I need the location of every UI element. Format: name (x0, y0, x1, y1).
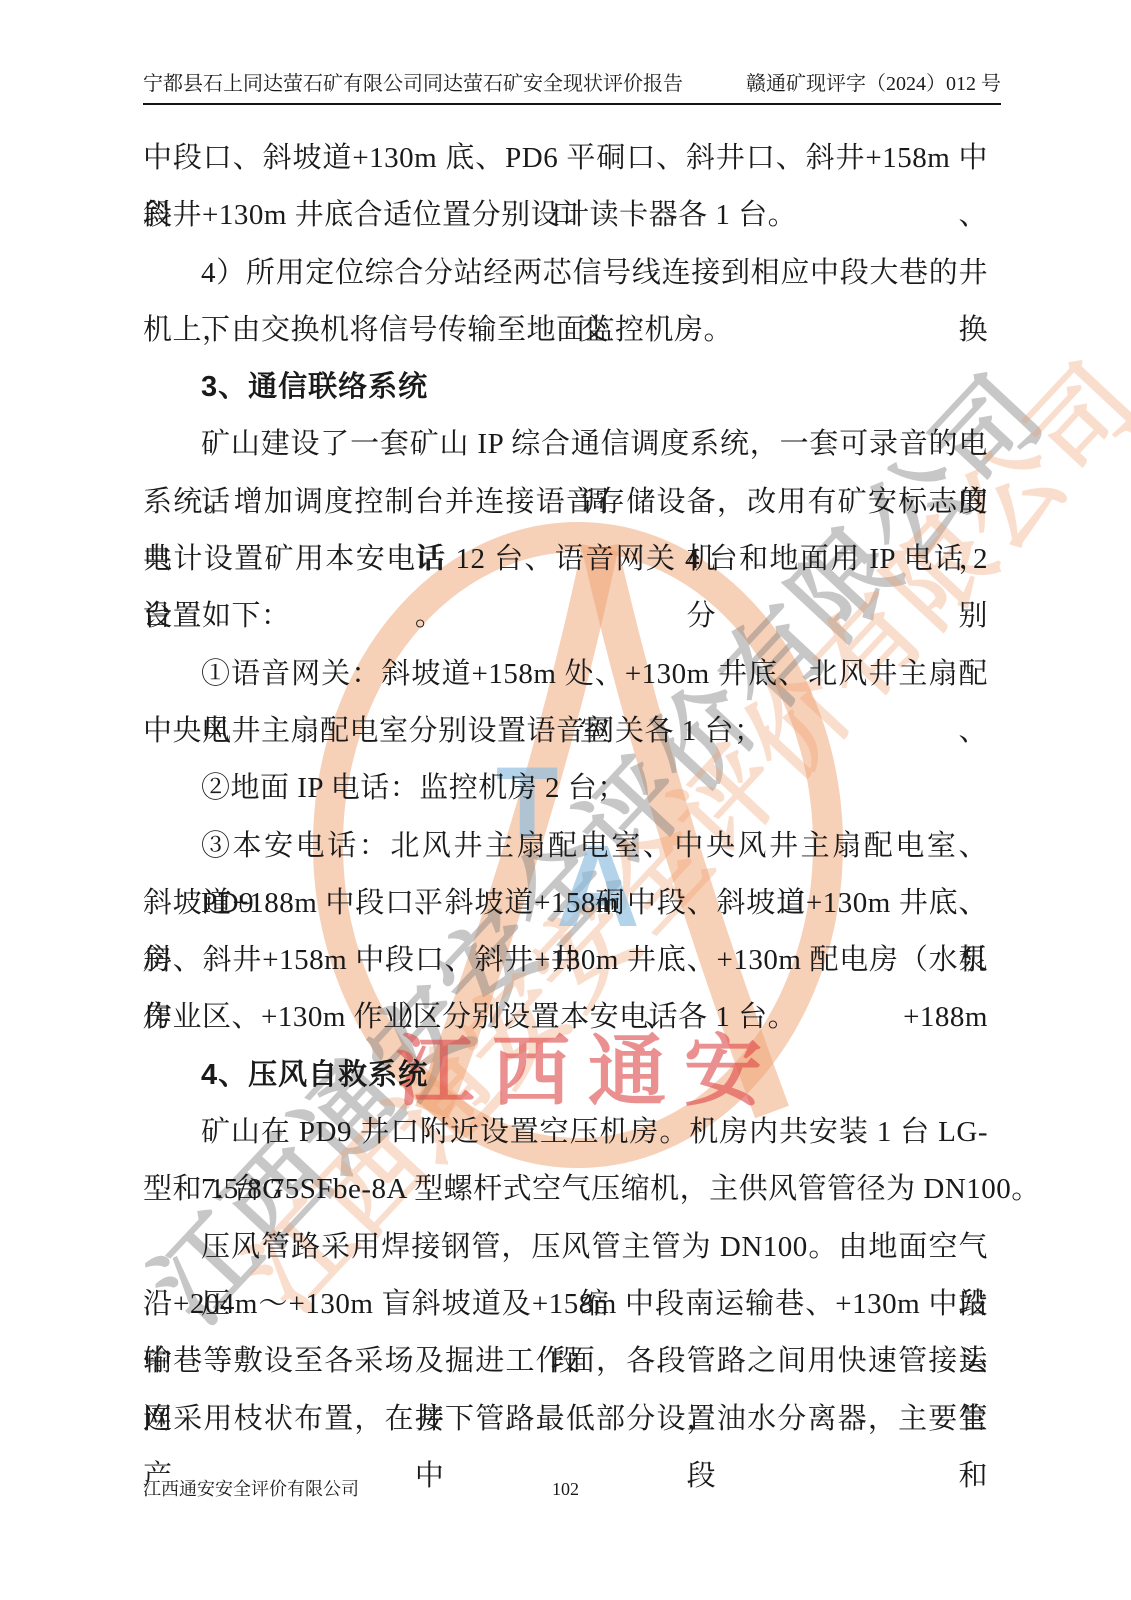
content-layer: 宁都县石上同达萤石矿有限公司同达萤石矿安全现状评价报告 赣通矿现评字（2024）… (0, 0, 1131, 1600)
body-text: 中段口、斜坡道+130m 底、PD6 平硐口、斜井口、斜井+158m 中段口、 … (143, 130, 988, 1448)
section-heading-communication: 3、通信联络系统 (143, 359, 988, 416)
body-line: 斜坡道+188m 中段口、斜坡道+158m 中段、斜坡道+130m 井底、斜井机 (143, 875, 988, 932)
body-line: 沿+204m～+130m 盲斜坡道及+158m 中段南运输巷、+130m 中段中… (143, 1276, 988, 1333)
header-document-number: 赣通矿现评字（2024）012 号 (746, 72, 1001, 96)
section-heading-compressed-air: 4、压风自救系统 (143, 1047, 988, 1104)
body-line: 共计设置矿用本安电话 12 台、语音网关 4 台和地面用 IP 电话 2 台。分… (143, 531, 988, 588)
document-page: 江西通安安全评价有限公司 江西通安安全评价有限公司 T A 江西通安 宁都县石上… (0, 0, 1131, 1600)
footer-company-name: 江西通安安全评价有限公司 (143, 1478, 359, 1501)
body-line: 系统。增加调度控制台并连接语音存储设备，改用有矿安标志的电话机， (143, 474, 988, 531)
body-line: ②地面 IP 电话：监控机房 2 台； (143, 760, 988, 817)
body-line: 中段口、斜坡道+130m 底、PD6 平硐口、斜井口、斜井+158m 中段口、 (143, 130, 988, 187)
body-line: 型和 1 台 75SFbe-8A 型螺杆式空气压缩机，主供风管管径为 DN100… (143, 1161, 988, 1218)
body-line: 输巷等敷设至各采场及掘进工作面，各段管路之间用快速管接头连接，管 (143, 1333, 988, 1390)
body-line: 房、斜井+158m 中段口、斜井+130m 井底、+130m 配电房（水泵房）、… (143, 932, 988, 989)
body-line: 矿山在 PD9 井口附近设置空压机房。机房内共安装 1 台 LG-7.5/8G (143, 1104, 988, 1161)
body-line: 网采用枝状布置，在井下管路最低部分设置油水分离器，主要生产中段和 (143, 1391, 988, 1448)
header-report-title: 宁都县石上同达萤石矿有限公司同达萤石矿安全现状评价报告 (143, 72, 683, 96)
body-line: 4）所用定位综合分站经两芯信号线连接到相应中段大巷的井下交换 (143, 245, 988, 302)
page-header: 宁都县石上同达萤石矿有限公司同达萤石矿安全现状评价报告 赣通矿现评字（2024）… (143, 72, 1001, 105)
body-line: 压风管路采用焊接钢管，压风管主管为 DN100。由地面空气压缩站 (143, 1219, 988, 1276)
body-line: ③本安电话：北风井主扇配电室、中央风井主扇配电室、PD9 平硐口、 (143, 818, 988, 875)
body-line: 矿山建设了一套矿山 IP 综合通信调度系统，一套可录音的电话调度 (143, 416, 988, 473)
body-line: ①语音网关：斜坡道+158m 处、+130m 井底、北风井主扇配电室、 (143, 646, 988, 703)
